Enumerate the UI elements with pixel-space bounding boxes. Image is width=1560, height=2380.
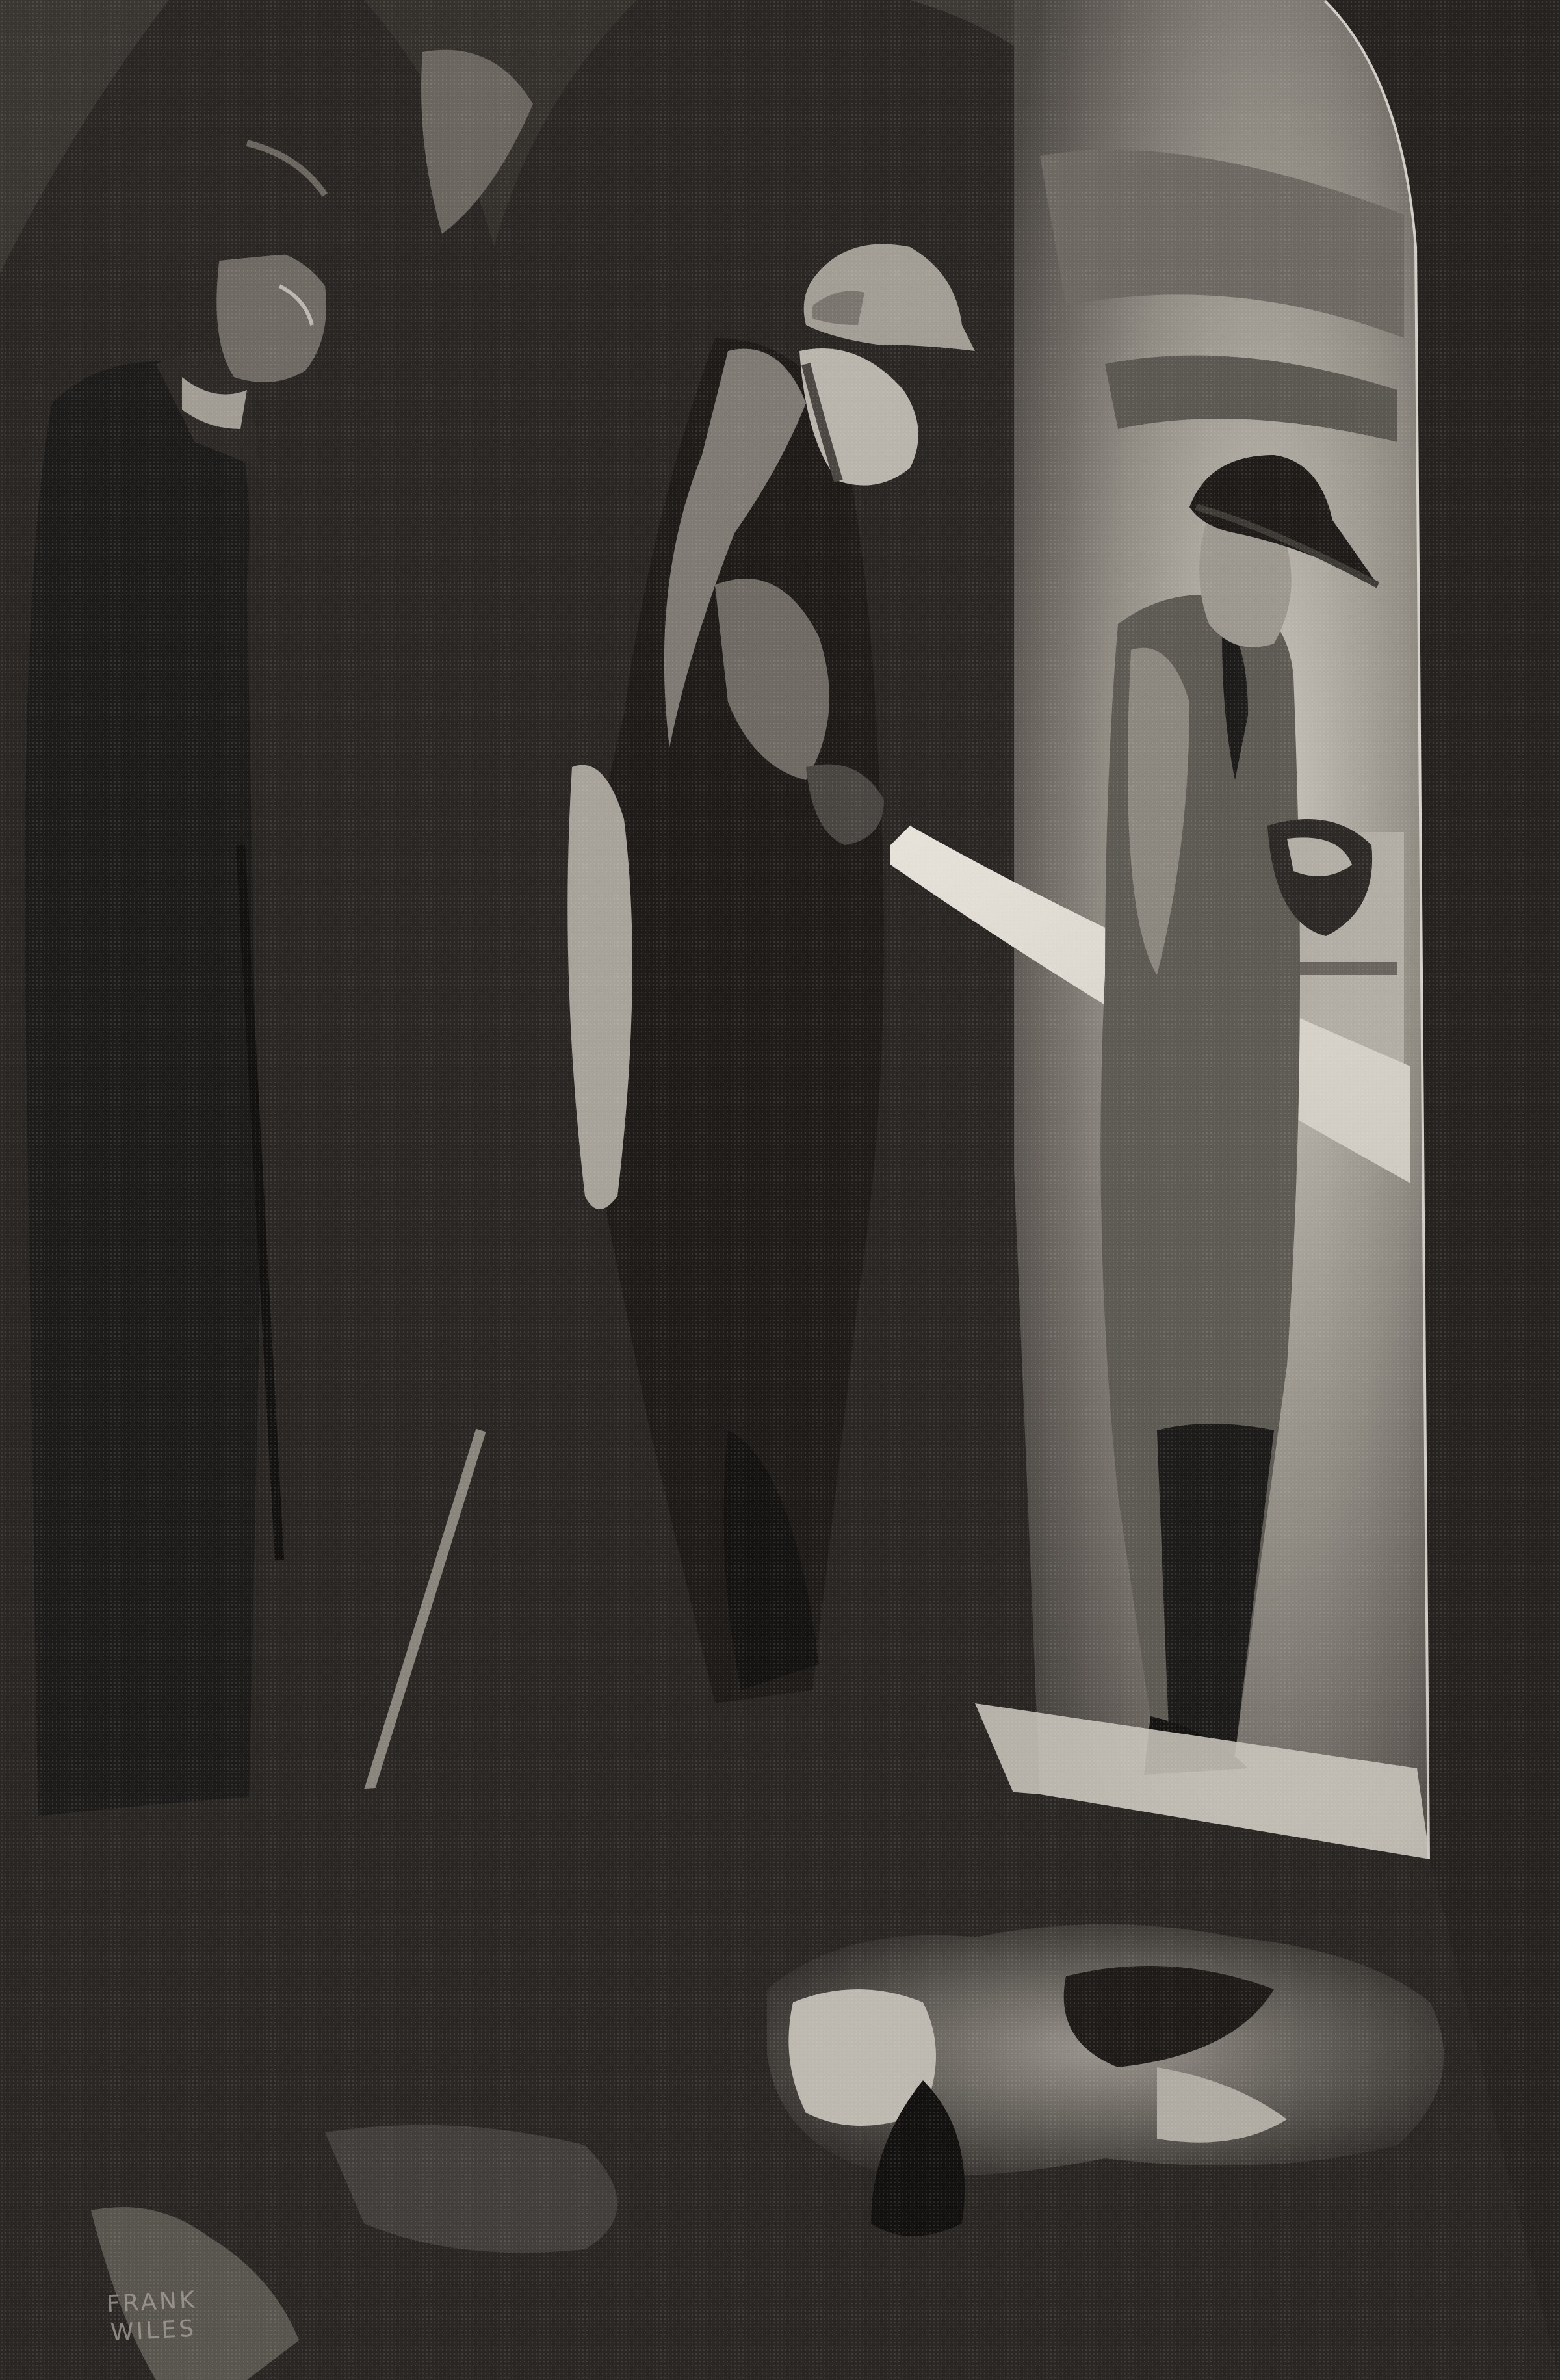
halftone-texture xyxy=(0,0,1560,2380)
illustration-canvas xyxy=(0,0,1560,2380)
artist-signature: FRANK WILES xyxy=(96,2286,209,2349)
signature-line-2: WILES xyxy=(97,2314,209,2349)
